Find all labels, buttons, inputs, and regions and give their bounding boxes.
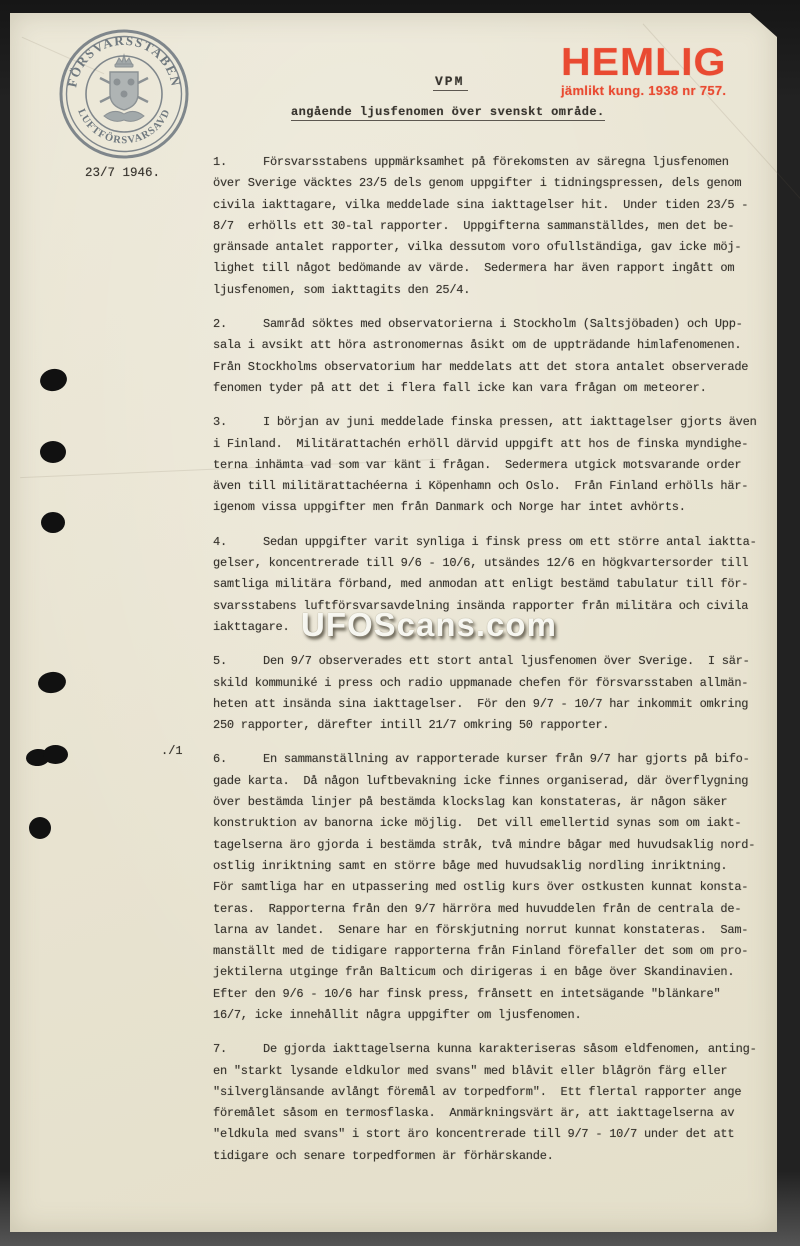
text-line: samtliga militära förband, med anmodan a… <box>213 574 769 595</box>
paragraph-number: 1. <box>213 152 263 173</box>
classification-stamp: HEMLIG jämlikt kung. 1938 nr 757. <box>561 42 761 98</box>
paragraph-number: 3. <box>213 412 263 433</box>
ufoscans-watermark: UFOScans.com <box>301 606 557 644</box>
text-line: över bestämda linjer på bestämda klocksl… <box>213 792 769 813</box>
text-line: 16/7, icke innehållit några uppgifter om… <box>213 1005 769 1026</box>
text-line: manställt med de tidigare rapporterna fr… <box>213 941 769 962</box>
text-line: ostlig inriktning samt en större båge me… <box>213 856 769 877</box>
punch-hole <box>43 745 68 764</box>
paragraph-number: 5. <box>213 651 263 672</box>
text-line: igenom vissa uppgifter men från Danmark … <box>213 497 769 518</box>
document-title: VPM <box>433 74 468 91</box>
text-line: fenomen tyder på att det i flera fall ic… <box>213 378 769 399</box>
paragraph-number: 6. <box>213 749 263 770</box>
text-line: konstruktion av banorna icke möjlig. Det… <box>213 813 769 834</box>
classification-subtitle: jämlikt kung. 1938 nr 757. <box>561 83 761 98</box>
text-line: gränsade antalet rapporter, vilka dessut… <box>213 237 769 258</box>
paragraphs: 1.Försvarsstabens uppmärksamhet på förek… <box>213 152 769 1180</box>
paragraph: 7.De gjorda iakttagelserna kunna karakte… <box>213 1039 769 1167</box>
text-line: larna av landet. Senare har en förskjutn… <box>213 920 769 941</box>
text-line: ljusfenomen, som iakttagits den 25/4. <box>213 280 769 301</box>
text-line: sala i avsikt att höra astronomernas åsi… <box>213 335 769 356</box>
text-line: 2.Samråd söktes med observatorierna i St… <box>213 314 769 335</box>
text-line: 3.I början av juni meddelade finska pres… <box>213 412 769 433</box>
punch-hole <box>29 817 51 839</box>
text-line: även till militärattachéerna i Köpenhamn… <box>213 476 769 497</box>
paragraph: 3.I början av juni meddelade finska pres… <box>213 412 769 518</box>
seal-crown-emblem <box>100 55 148 121</box>
text-line: 6.En sammanställning av rapporterade kur… <box>213 749 769 770</box>
punch-hole <box>40 441 66 463</box>
text-line: 1.Försvarsstabens uppmärksamhet på förek… <box>213 152 769 173</box>
text-line: Från Stockholms observatorium har meddel… <box>213 357 769 378</box>
text-line: terna inhämta vad som var känt i frågan.… <box>213 455 769 476</box>
text-line: "silverglänsande avlångt föremål av torp… <box>213 1082 769 1103</box>
text-line: gade karta. Då någon luftbevakning icke … <box>213 771 769 792</box>
document-subtitle: angående ljusfenomen över svenskt område… <box>291 105 605 121</box>
paragraph: 2.Samråd söktes med observatorierna i St… <box>213 314 769 399</box>
text-line: heten att insända sina iakttagelser. För… <box>213 694 769 715</box>
margin-annotation: ./1 <box>161 744 183 758</box>
text-line: 4.Sedan uppgifter varit synliga i finsk … <box>213 532 769 553</box>
text-line: tagelserna äro gjorda i bestämda stråk, … <box>213 835 769 856</box>
text-line: 8/7 erhölls ett 30-tal rapporter. Uppgif… <box>213 216 769 237</box>
paragraph: 1.Försvarsstabens uppmärksamhet på förek… <box>213 152 769 301</box>
text-line: tidigare och senare torpedformen är förh… <box>213 1146 769 1167</box>
paragraph: 6.En sammanställning av rapporterade kur… <box>213 749 769 1026</box>
text-line: över Sverige väcktes 23/5 dels genom upp… <box>213 173 769 194</box>
forsvarsstaben-seal-stamp: FÖRSVARSSTABEN LUFTFÖRSVARSAVD <box>56 26 192 162</box>
text-line: teras. Rapporterna från den 9/7 härröra … <box>213 899 769 920</box>
paragraph: 5.Den 9/7 observerades ett stort antal l… <box>213 651 769 736</box>
text-line: lighet till något bedömande av värde. Se… <box>213 258 769 279</box>
margin-date: 23/7 1946. <box>85 166 160 180</box>
text-line: "eldkula med svans" i stort äro koncentr… <box>213 1124 769 1145</box>
text-line: 5.Den 9/7 observerades ett stort antal l… <box>213 651 769 672</box>
text-line: en "starkt lysande eldkulor med svans" m… <box>213 1061 769 1082</box>
paragraph-number: 4. <box>213 532 263 553</box>
paragraph-number: 2. <box>213 314 263 335</box>
text-line: civila iakttagare, vilka meddelade sina … <box>213 195 769 216</box>
text-line: jektilerna utginge från Balticum och dir… <box>213 962 769 983</box>
text-line: Efter den 9/6 - 10/6 har finsk press, fr… <box>213 984 769 1005</box>
text-line: För samtliga har en utpassering med ostl… <box>213 877 769 898</box>
text-line: föremålet såsom en termosflaska. Anmärkn… <box>213 1103 769 1124</box>
text-line: 250 rapporter, därefter intill 21/7 omkr… <box>213 715 769 736</box>
text-line: i Finland. Militärattachén erhöll därvid… <box>213 434 769 455</box>
text-line: 7.De gjorda iakttagelserna kunna karakte… <box>213 1039 769 1060</box>
text-line: skild kommuniké i press och radio uppman… <box>213 673 769 694</box>
scanned-document-page: FÖRSVARSSTABEN LUFTFÖRSVARSAVD HEMLIG jä… <box>0 0 800 1246</box>
paragraph-number: 7. <box>213 1039 263 1060</box>
punch-hole <box>41 512 65 533</box>
classification-title: HEMLIG <box>561 43 761 81</box>
text-line: gelser, koncentrerade till 9/6 - 10/6, u… <box>213 553 769 574</box>
